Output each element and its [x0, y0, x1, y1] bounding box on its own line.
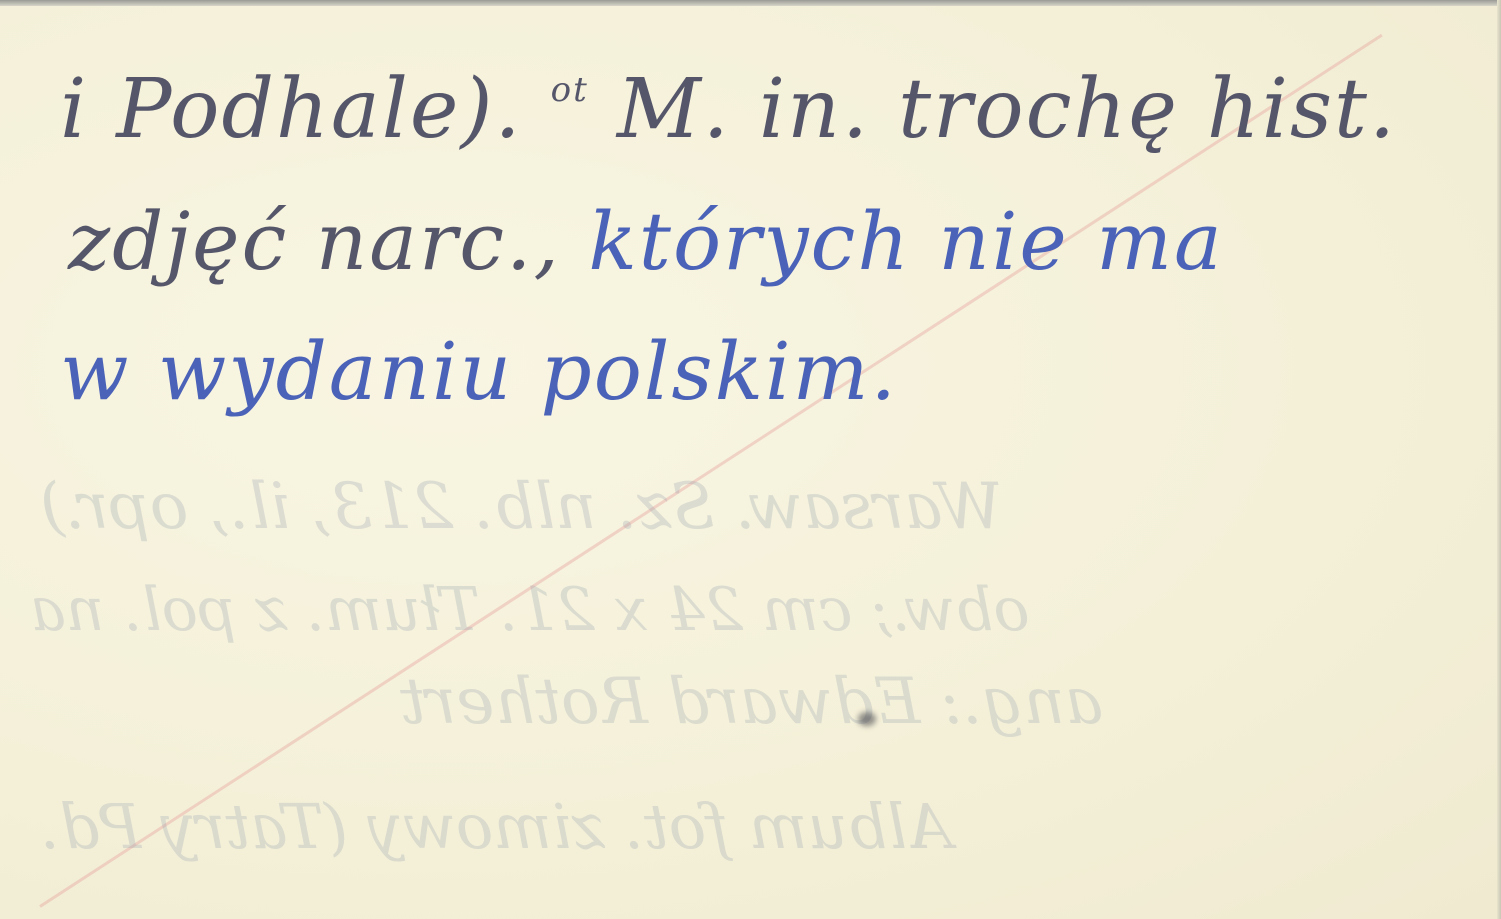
show-through-line-4: Album fot. zimowy (Tatry Pd.	[40, 790, 952, 863]
line-2-text-grey: zdjęć narc.,	[68, 195, 561, 288]
line-3-text-blue: w wydaniu polskim.	[60, 325, 898, 418]
handwritten-line-2: zdjęć narc., których nie ma	[68, 195, 1224, 288]
ink-smudge	[858, 712, 876, 726]
card-top-edge	[0, 0, 1501, 6]
line-1-superscript-mark: ot	[551, 70, 589, 110]
card-right-edge	[1497, 0, 1501, 919]
red-ruling-line	[39, 34, 1383, 908]
show-through-line-3: ang.: Edward Rothert	[400, 665, 1103, 739]
line-2-text-blue: których nie ma	[588, 195, 1223, 288]
handwritten-line-1: i Podhale). ot M. in. trochę hist.	[60, 62, 1397, 157]
line-1-text-a: i Podhale).	[60, 62, 523, 157]
line-1-text-b: M. in. trochę hist.	[617, 62, 1397, 157]
show-through-line-1: Warsaw. Sz. nlb. 213, il., opr.)	[40, 470, 1003, 544]
catalog-card: Warsaw. Sz. nlb. 213, il., opr.) obw.; c…	[0, 0, 1501, 919]
handwritten-line-3: w wydaniu polskim.	[60, 325, 898, 418]
